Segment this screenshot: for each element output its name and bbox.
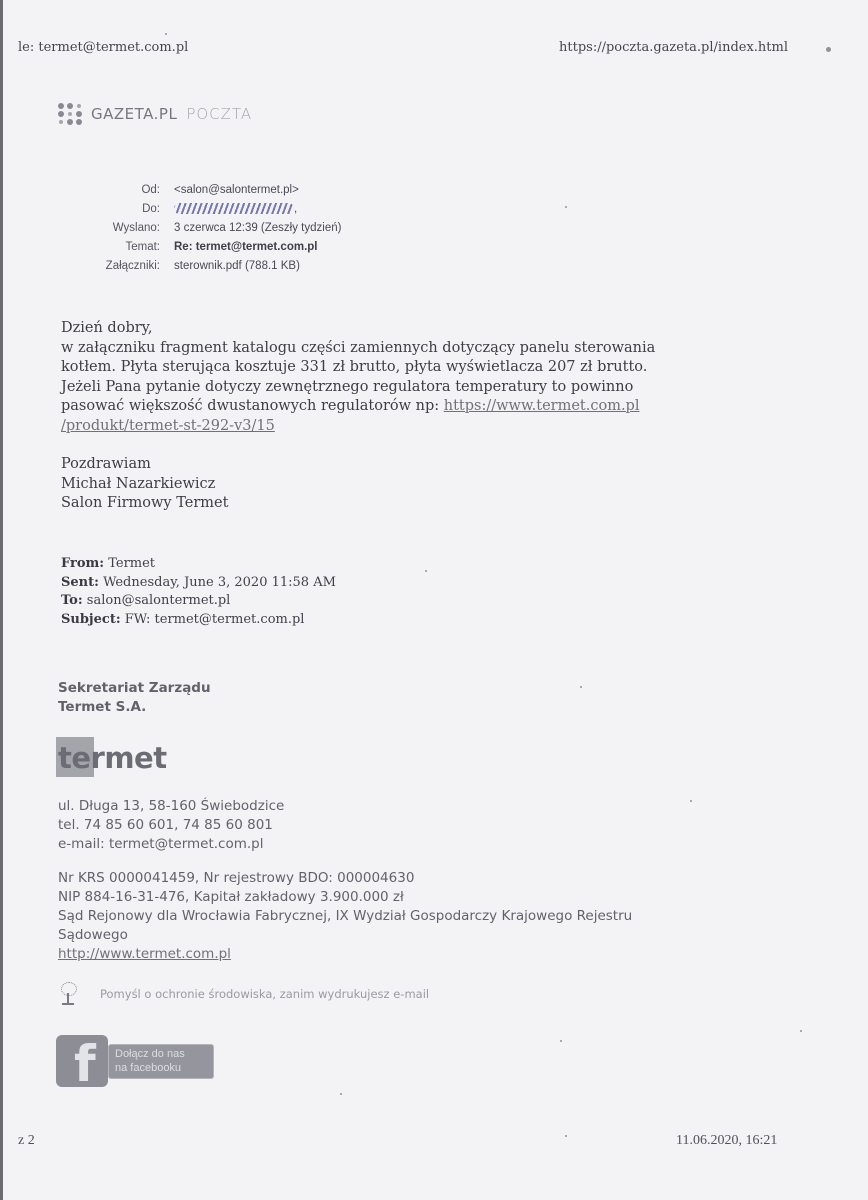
tree-icon [58,982,78,1006]
closing: Pozdrawiam [61,455,655,475]
greeting: Dzień dobry, [61,319,655,339]
court-line: Sądowego [58,926,632,945]
fw-subject-value: FW: termet@termet.com.pl [125,612,305,627]
attachments-label: Załączniki: [106,260,160,272]
scan-speck [580,686,582,688]
scan-speck [340,1093,342,1095]
scan-speck [565,206,567,208]
email: e-mail: termet@termet.com.pl [58,835,284,854]
company-registration: Nr KRS 0000041459, Nr rejestrowy BDO: 00… [58,869,632,964]
department: Sekretariat Zarządu [58,679,211,698]
page-number: z 2 [18,1133,35,1149]
scan-speck [800,1030,802,1032]
fw-sent-value: Wednesday, June 3, 2020 11:58 AM [103,575,336,590]
sent-label: Wyslano: [113,222,160,234]
logo-brand: GAZETA.PL [91,105,177,123]
eco-note-text: Pomyśl o ochronie środowiska, zanim wydr… [100,987,429,1001]
scan-speck [690,800,692,802]
redaction-scribble [174,203,294,214]
attachment-link[interactable]: sterownik.pdf (788.1 KB) [174,260,300,272]
print-timestamp: 11.06.2020, 16:21 [676,1133,777,1149]
from-label: Od: [141,184,160,196]
product-link[interactable]: https://www.termet.com.pl [444,398,640,414]
facebook-icon: f [56,1035,108,1087]
forwarded-header: From: Termet Sent: Wednesday, June 3, 20… [61,555,336,629]
body-line: kotłem. Płyta sterująca kosztuje 331 zł … [61,358,655,378]
signature-name: Michał Nazarkiewicz [61,475,655,495]
fw-to-label: To: [61,593,83,608]
fw-to-value: salon@salontermet.pl [87,593,231,608]
body-line: pasować większość dwustanowych regulator… [61,397,655,417]
fw-sent-label: Sent: [61,575,99,590]
fw-from-value: Termet [108,556,155,571]
facebook-line2: na facebooku [115,1061,185,1075]
product-link-continued[interactable]: /produkt/termet-st-292-v3/15 [61,418,275,434]
company-name: Termet S.A. [58,698,211,717]
scan-speck [560,1040,562,1042]
scan-page-edge [0,0,3,1200]
subject-value: Re: termet@termet.com.pl [174,241,318,253]
fw-from-label: From: [61,556,104,571]
court-line: Sąd Rejonowy dla Wrocławia Fabrycznej, I… [58,907,632,926]
logo-dots-icon [58,103,83,125]
message-body: Dzień dobry, w załączniku fragment katal… [61,319,655,514]
scan-speck [165,33,167,35]
company-contact: ul. Długa 13, 58-160 Świebodzice tel. 74… [58,797,284,854]
nip: NIP 884-16-31-476, Kapitał zakładowy 3.9… [58,888,632,907]
subject-label: Temat: [125,241,160,253]
scan-speck [425,570,427,572]
to-label: Do: [142,203,160,215]
to-value-redacted: , [174,203,297,215]
company-sig-header: Sekretariat Zarządu Termet S.A. [58,679,211,717]
logo-product: POCZTA [186,105,252,123]
termet-logo-text: termet [58,741,167,775]
body-line: Jeżeli Pana pytanie dotyczy zewnętrznego… [61,378,655,398]
fw-subject-label: Subject: [61,612,121,627]
scan-speck [826,47,831,52]
sent-value: 3 czerwca 12:39 (Zeszły tydzień) [174,222,341,234]
print-header-title: le: termet@termet.com.pl [18,40,188,55]
facebook-line1: Dołącz do nas [115,1047,185,1061]
from-value: <salon@salontermet.pl> [174,184,299,196]
facebook-badge[interactable]: f Dołącz do nas na facebooku [56,1035,214,1087]
print-header-url: https://poczta.gazeta.pl/index.html [559,40,788,55]
address: ul. Długa 13, 58-160 Świebodzice [58,797,284,816]
krs: Nr KRS 0000041459, Nr rejestrowy BDO: 00… [58,869,632,888]
eco-note: Pomyśl o ochronie środowiska, zanim wydr… [58,982,429,1006]
message-meta: Od: <salon@salontermet.pl> Do: , Wyslano… [0,184,420,284]
signature-company: Salon Firmowy Termet [61,494,655,514]
termet-logo: termet [56,737,166,779]
phone: tel. 74 85 60 601, 74 85 60 801 [58,816,284,835]
website-link[interactable]: http://www.termet.com.pl [58,946,231,962]
gazeta-poczta-logo: GAZETA.PL POCZTA [58,103,252,125]
scan-speck [565,1135,567,1137]
body-line: w załączniku fragment katalogu części za… [61,339,655,359]
